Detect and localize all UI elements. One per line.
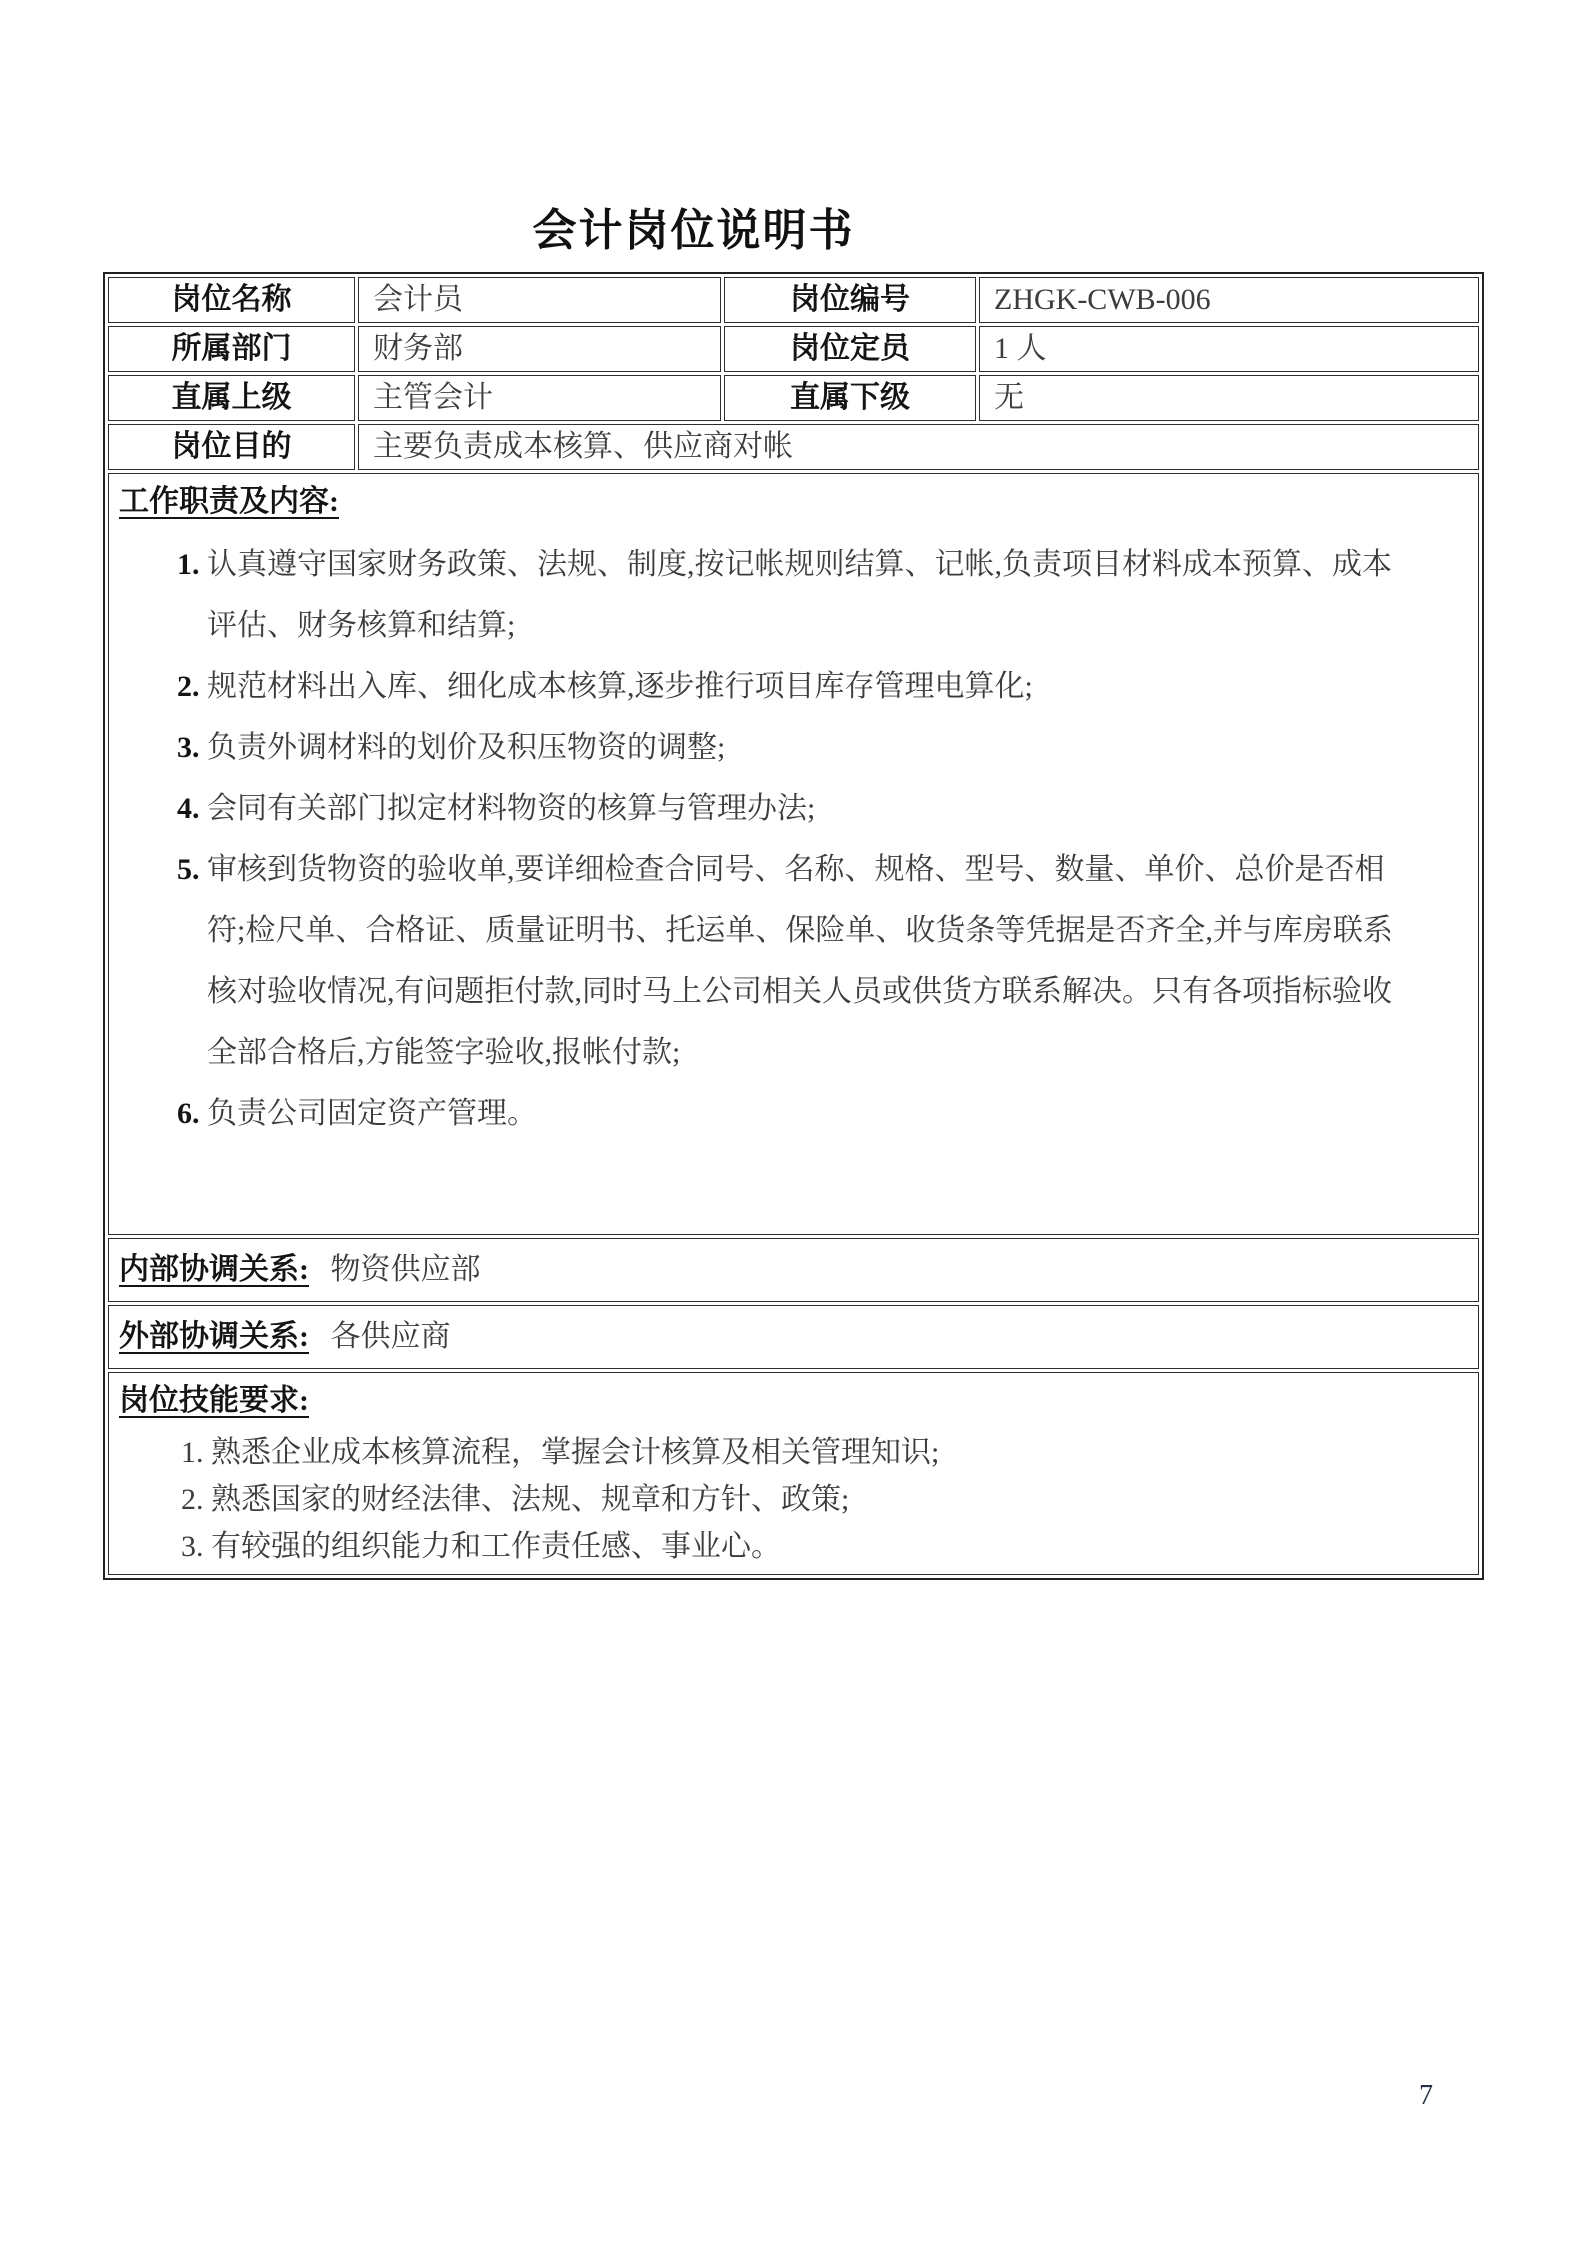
- superior-label: 直属上级: [108, 375, 355, 421]
- purpose-row: 岗位目的 主要负责成本核算、供应商对帐: [108, 424, 1479, 470]
- job-name-label: 岗位名称: [108, 277, 355, 323]
- document-title: 会计岗位说明书: [3, 0, 1384, 272]
- duty-item-4: 会同有关部门拟定材料物资的核算与管理办法;: [207, 778, 1413, 839]
- internal-relation-value: 物资供应部: [331, 1253, 481, 1286]
- skills-row: 岗位技能要求: 熟悉企业成本核算流程，掌握会计核算及相关管理知识; 熟悉国家的财…: [108, 1372, 1479, 1575]
- internal-relation-row: 内部协调关系: 物资供应部: [108, 1238, 1479, 1302]
- superior-value: 主管会计: [358, 375, 721, 421]
- job-code-label: 岗位编号: [724, 277, 976, 323]
- skill-item-2: 熟悉国家的财经法律、法规、规章和方针、政策;: [211, 1476, 1428, 1523]
- duty-item-2: 规范材料出入库、细化成本核算,逐步推行项目库存管理电算化;: [207, 656, 1413, 717]
- department-value: 财务部: [358, 326, 721, 372]
- headcount-value: 1 人: [979, 326, 1479, 372]
- page-number: 7: [1419, 2080, 1433, 2112]
- duty-item-6: 负责公司固定资产管理。: [207, 1083, 1413, 1144]
- duty-item-1: 认真遵守国家财务政策、法规、制度,按记帐规则结算、记帐,负责项目材料成本预算、成…: [207, 534, 1413, 656]
- job-description-table: 岗位名称 会计员 岗位编号 ZHGK-CWB-006 所属部门 财务部 岗位定员…: [103, 272, 1484, 1580]
- department-label: 所属部门: [108, 326, 355, 372]
- external-relation-row: 外部协调关系: 各供应商: [108, 1305, 1479, 1369]
- purpose-value: 主要负责成本核算、供应商对帐: [358, 424, 1479, 470]
- external-relation-value: 各供应商: [331, 1320, 451, 1353]
- headcount-label: 岗位定员: [724, 326, 976, 372]
- subordinate-label: 直属下级: [724, 375, 976, 421]
- duties-heading: 工作职责及内容:: [119, 485, 339, 518]
- internal-relation-cell: 内部协调关系: 物资供应部: [108, 1238, 1479, 1302]
- duties-list: 认真遵守国家财务政策、法规、制度,按记帐规则结算、记帐,负责项目材料成本预算、成…: [119, 534, 1413, 1144]
- skill-item-1: 熟悉企业成本核算流程，掌握会计核算及相关管理知识;: [211, 1429, 1428, 1476]
- job-name-value: 会计员: [358, 277, 721, 323]
- skills-list: 熟悉企业成本核算流程，掌握会计核算及相关管理知识; 熟悉国家的财经法律、法规、规…: [119, 1429, 1428, 1570]
- document-page: 会计岗位说明书 岗位名称 会计员 岗位编号 ZHGK-CWB-006 所属部门 …: [103, 0, 1484, 1580]
- duties-cell: 工作职责及内容: 认真遵守国家财务政策、法规、制度,按记帐规则结算、记帐,负责项…: [108, 473, 1479, 1235]
- external-relation-label: 外部协调关系:: [119, 1320, 309, 1353]
- job-code-value: ZHGK-CWB-006: [979, 277, 1479, 323]
- skills-cell: 岗位技能要求: 熟悉企业成本核算流程，掌握会计核算及相关管理知识; 熟悉国家的财…: [108, 1372, 1479, 1575]
- purpose-label: 岗位目的: [108, 424, 355, 470]
- skill-item-3: 有较强的组织能力和工作责任感、事业心。: [211, 1523, 1428, 1570]
- external-relation-cell: 外部协调关系: 各供应商: [108, 1305, 1479, 1369]
- duty-item-3: 负责外调材料的划价及积压物资的调整;: [207, 717, 1413, 778]
- duty-item-5: 审核到货物资的验收单,要详细检查合同号、名称、规格、型号、数量、单价、总价是否相…: [207, 839, 1413, 1083]
- internal-relation-label: 内部协调关系:: [119, 1253, 309, 1286]
- info-row-2: 所属部门 财务部 岗位定员 1 人: [108, 326, 1479, 372]
- duties-row: 工作职责及内容: 认真遵守国家财务政策、法规、制度,按记帐规则结算、记帐,负责项…: [108, 473, 1479, 1235]
- info-row-3: 直属上级 主管会计 直属下级 无: [108, 375, 1479, 421]
- info-row-1: 岗位名称 会计员 岗位编号 ZHGK-CWB-006: [108, 277, 1479, 323]
- subordinate-value: 无: [979, 375, 1479, 421]
- skills-heading: 岗位技能要求:: [119, 1384, 309, 1417]
